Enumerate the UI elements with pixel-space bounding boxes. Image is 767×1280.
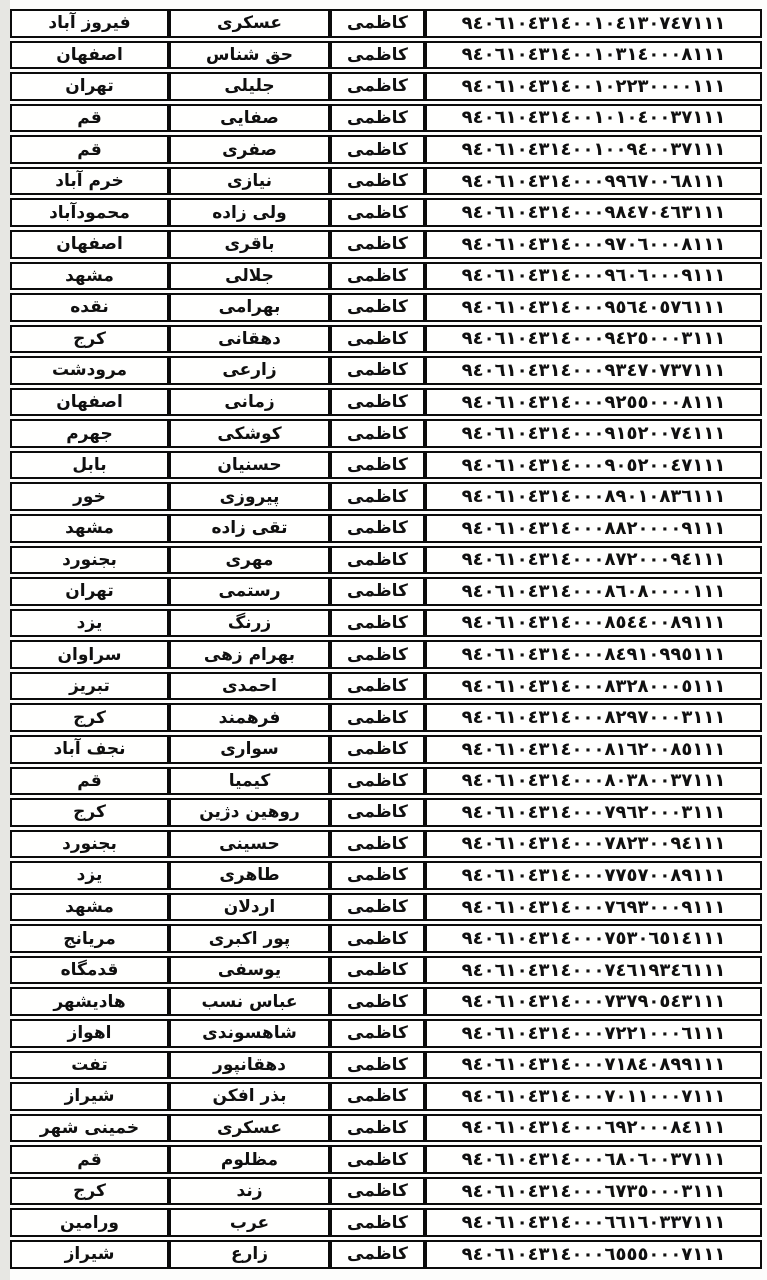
table-row: ٩٤٠٦١٠٤٣١٤٠٠٠٩٦٠٦٠٠٠٩١١١کاظمیجلالیمشهد xyxy=(10,262,762,291)
city-cell: خرم آباد xyxy=(10,167,169,196)
last-name-cell: عرب xyxy=(169,1208,330,1237)
last-name-cell: زارع xyxy=(169,1240,330,1269)
table-row: ٩٤٠٦١٠٤٣١٤٠٠١٠١٠٤٠٠٣٧١١١کاظمیصفاییقم xyxy=(10,104,762,133)
city-cell: قم xyxy=(10,104,169,133)
family-name-cell: کاظمی xyxy=(330,1114,425,1143)
family-name-cell: کاظمی xyxy=(330,1145,425,1174)
number-cell: ٩٤٠٦١٠٤٣١٤٠٠٠٩١٥٢٠٠٧٤١١١ xyxy=(425,419,762,448)
number-cell: ٩٤٠٦١٠٤٣١٤٠٠٠٩٥٦٤٠٥٧٦١١١ xyxy=(425,293,762,322)
city-cell: خور xyxy=(10,482,169,511)
table-row: ٩٤٠٦١٠٤٣١٤٠٠٠٧١٨٤٠٨٩٩١١١کاظمیدهقانپورتفت xyxy=(10,1051,762,1080)
city-cell: بجنورد xyxy=(10,830,169,859)
city-cell: قدمگاه xyxy=(10,956,169,985)
number-cell: ٩٤٠٦١٠٤٣١٤٠٠٠٦٥٥٥٠٠٠٧١١١ xyxy=(425,1240,762,1269)
last-name-cell: جلیلی xyxy=(169,72,330,101)
last-name-cell: سواری xyxy=(169,735,330,764)
last-name-cell: کیمیا xyxy=(169,767,330,796)
last-name-cell: زرنگ xyxy=(169,609,330,638)
family-name-cell: کاظمی xyxy=(330,72,425,101)
last-name-cell: نیازی xyxy=(169,167,330,196)
last-name-cell: دهقانی xyxy=(169,325,330,354)
family-name-cell: کاظمی xyxy=(330,924,425,953)
city-cell: قم xyxy=(10,135,169,164)
number-cell: ٩٤٠٦١٠٤٣١٤٠٠١٠١٠٤٠٠٣٧١١١ xyxy=(425,104,762,133)
city-cell: کرج xyxy=(10,1177,169,1206)
last-name-cell: عباس نسب xyxy=(169,987,330,1016)
last-name-cell: احمدی xyxy=(169,672,330,701)
table-row: ٩٤٠٦١٠٤٣١٤٠٠٠٨٦٠٨٠٠٠٠١١١کاظمیرستمیتهران xyxy=(10,577,762,606)
table-row: ٩٤٠٦١٠٤٣١٤٠٠٠٨١٦٢٠٠٨٥١١١کاظمیسوارینجف آب… xyxy=(10,735,762,764)
family-name-cell: کاظمی xyxy=(330,987,425,1016)
table-row: ٩٤٠٦١٠٤٣١٤٠٠٠٨٠٣٨٠٠٣٧١١١کاظمیکیمیاقم xyxy=(10,767,762,796)
records-table: ٩٤٠٦١٠٤٣١٤٠٠١٠٤١٣٠٧٤٧١١١کاظمیعسکریفیروز … xyxy=(10,6,762,1272)
number-cell: ٩٤٠٦١٠٤٣١٤٠٠٠٧٩٦٢٠٠٠٣١١١ xyxy=(425,798,762,827)
city-cell: اصفهان xyxy=(10,230,169,259)
last-name-cell: پور اکبری xyxy=(169,924,330,953)
last-name-cell: فرهمند xyxy=(169,703,330,732)
number-cell: ٩٤٠٦١٠٤٣١٤٠٠٠٨٥٤٤٠٠٨٩١١١ xyxy=(425,609,762,638)
family-name-cell: کاظمی xyxy=(330,325,425,354)
family-name-cell: کاظمی xyxy=(330,893,425,922)
city-cell: قم xyxy=(10,1145,169,1174)
city-cell: خمینی شهر xyxy=(10,1114,169,1143)
number-cell: ٩٤٠٦١٠٤٣١٤٠٠٠٨٨٢٠٠٠٠٩١١١ xyxy=(425,514,762,543)
family-name-cell: کاظمی xyxy=(330,640,425,669)
family-name-cell: کاظمی xyxy=(330,672,425,701)
last-name-cell: زمانی xyxy=(169,388,330,417)
family-name-cell: کاظمی xyxy=(330,356,425,385)
city-cell: کرج xyxy=(10,325,169,354)
table-row: ٩٤٠٦١٠٤٣١٤٠٠٠٩٧٠٦٠٠٠٨١١١کاظمیباقریاصفهان xyxy=(10,230,762,259)
table-row: ٩٤٠٦١٠٤٣١٤٠٠٠٧٨٢٣٠٠٩٤١١١کاظمیحسینیبجنورد xyxy=(10,830,762,859)
family-name-cell: کاظمی xyxy=(330,135,425,164)
last-name-cell: دهقانپور xyxy=(169,1051,330,1080)
number-cell: ٩٤٠٦١٠٤٣١٤٠٠٠٩٨٤٧٠٤٦٣١١١ xyxy=(425,198,762,227)
number-cell: ٩٤٠٦١٠٤٣١٤٠٠٠٧٦٩٣٠٠٠٩١١١ xyxy=(425,893,762,922)
family-name-cell: کاظمی xyxy=(330,388,425,417)
table-row: ٩٤٠٦١٠٤٣١٤٠٠٠٦٩٢٠٠٠٨٤١١١کاظمیعسکریخمینی … xyxy=(10,1114,762,1143)
table-row: ٩٤٠٦١٠٤٣١٤٠٠٠٦٦١٦٠٣٣٧١١١کاظمیعربورامین xyxy=(10,1208,762,1237)
table-row: ٩٤٠٦١٠٤٣١٤٠٠٠٨٩٠١٠٨٣٦١١١کاظمیپیروزیخور xyxy=(10,482,762,511)
family-name-cell: کاظمی xyxy=(330,230,425,259)
last-name-cell: حسینی xyxy=(169,830,330,859)
number-cell: ٩٤٠٦١٠٤٣١٤٠٠٠٩٠٥٢٠٠٤٧١١١ xyxy=(425,451,762,480)
city-cell: تهران xyxy=(10,577,169,606)
family-name-cell: کاظمی xyxy=(330,1019,425,1048)
number-cell: ٩٤٠٦١٠٤٣١٤٠٠٠٩٤٢٥٠٠٠٣١١١ xyxy=(425,325,762,354)
table-row: ٩٤٠٦١٠٤٣١٤٠٠٠٨٢٩٧٠٠٠٣١١١کاظمیفرهمندکرج xyxy=(10,703,762,732)
table-row: ٩٤٠٦١٠٤٣١٤٠٠٠٩١٥٢٠٠٧٤١١١کاظمیکوشکیجهرم xyxy=(10,419,762,448)
city-cell: مشهد xyxy=(10,514,169,543)
last-name-cell: زند xyxy=(169,1177,330,1206)
last-name-cell: تقی زاده xyxy=(169,514,330,543)
family-name-cell: کاظمی xyxy=(330,514,425,543)
city-cell: هادیشهر xyxy=(10,987,169,1016)
records-table-body: ٩٤٠٦١٠٤٣١٤٠٠١٠٤١٣٠٧٤٧١١١کاظمیعسکریفیروز … xyxy=(10,9,762,1269)
records-table-container: ٩٤٠٦١٠٤٣١٤٠٠١٠٤١٣٠٧٤٧١١١کاظمیعسکریفیروز … xyxy=(10,6,762,1272)
last-name-cell: ولی زاده xyxy=(169,198,330,227)
family-name-cell: کاظمی xyxy=(330,798,425,827)
table-row: ٩٤٠٦١٠٤٣١٤٠٠٠٦٥٥٥٠٠٠٧١١١کاظمیزارعشیراز xyxy=(10,1240,762,1269)
last-name-cell: زارعی xyxy=(169,356,330,385)
family-name-cell: کاظمی xyxy=(330,1177,425,1206)
number-cell: ٩٤٠٦١٠٤٣١٤٠٠٠٦٨٠٦٠٠٣٧١١١ xyxy=(425,1145,762,1174)
last-name-cell: بذر افکن xyxy=(169,1082,330,1111)
city-cell: بجنورد xyxy=(10,546,169,575)
family-name-cell: کاظمی xyxy=(330,1240,425,1269)
last-name-cell: مظلوم xyxy=(169,1145,330,1174)
city-cell: اصفهان xyxy=(10,388,169,417)
city-cell: مرودشت xyxy=(10,356,169,385)
number-cell: ٩٤٠٦١٠٤٣١٤٠٠١٠٠٩٤٠٠٣٧١١١ xyxy=(425,135,762,164)
table-row: ٩٤٠٦١٠٤٣١٤٠٠٠٧٧٥٧٠٠٨٩١١١کاظمیطاهرییزد xyxy=(10,861,762,890)
number-cell: ٩٤٠٦١٠٤٣١٤٠٠٠٦٩٢٠٠٠٨٤١١١ xyxy=(425,1114,762,1143)
table-row: ٩٤٠٦١٠٤٣١٤٠٠٠٩٤٢٥٠٠٠٣١١١کاظمیدهقانیکرج xyxy=(10,325,762,354)
family-name-cell: کاظمی xyxy=(330,1208,425,1237)
table-row: ٩٤٠٦١٠٤٣١٤٠٠١٠٣١٤٠٠٠٨١١١کاظمیحق شناساصفه… xyxy=(10,41,762,70)
number-cell: ٩٤٠٦١٠٤٣١٤٠٠٠٧٢٢١٠٠٠٦١١١ xyxy=(425,1019,762,1048)
last-name-cell: شاهسوندی xyxy=(169,1019,330,1048)
city-cell: شیراز xyxy=(10,1240,169,1269)
number-cell: ٩٤٠٦١٠٤٣١٤٠٠٠٧٥٣٠٦٥١٤١١١ xyxy=(425,924,762,953)
last-name-cell: طاهری xyxy=(169,861,330,890)
last-name-cell: بهرام زهی xyxy=(169,640,330,669)
table-row: ٩٤٠٦١٠٤٣١٤٠٠٠٨٧٢٠٠٠٩٤١١١کاظمیمهریبجنورد xyxy=(10,546,762,575)
table-row: ٩٤٠٦١٠٤٣١٤٠٠٠٦٨٠٦٠٠٣٧١١١کاظمیمظلومقم xyxy=(10,1145,762,1174)
city-cell: مریانج xyxy=(10,924,169,953)
city-cell: تبریز xyxy=(10,672,169,701)
city-cell: محمودآباد xyxy=(10,198,169,227)
last-name-cell: عسکری xyxy=(169,9,330,38)
family-name-cell: کاظمی xyxy=(330,956,425,985)
city-cell: اصفهان xyxy=(10,41,169,70)
last-name-cell: بهرامی xyxy=(169,293,330,322)
number-cell: ٩٤٠٦١٠٤٣١٤٠٠٠٨٣٢٨٠٠٠٥١١١ xyxy=(425,672,762,701)
number-cell: ٩٤٠٦١٠٤٣١٤٠٠٠٦٦١٦٠٣٣٧١١١ xyxy=(425,1208,762,1237)
number-cell: ٩٤٠٦١٠٤٣١٤٠٠٠٩٣٤٧٠٧٣٧١١١ xyxy=(425,356,762,385)
city-cell: شیراز xyxy=(10,1082,169,1111)
table-row: ٩٤٠٦١٠٤٣١٤٠٠٠٧٢٢١٠٠٠٦١١١کاظمیشاهسوندیاهو… xyxy=(10,1019,762,1048)
family-name-cell: کاظمی xyxy=(330,767,425,796)
last-name-cell: رستمی xyxy=(169,577,330,606)
table-row: ٩٤٠٦١٠٤٣١٤٠٠٠٧٩٦٢٠٠٠٣١١١کاظمیروهین دژینک… xyxy=(10,798,762,827)
city-cell: تهران xyxy=(10,72,169,101)
last-name-cell: اردلان xyxy=(169,893,330,922)
table-row: ٩٤٠٦١٠٤٣١٤٠٠١٠٤١٣٠٧٤٧١١١کاظمیعسکریفیروز … xyxy=(10,9,762,38)
family-name-cell: کاظمی xyxy=(330,167,425,196)
city-cell: ورامین xyxy=(10,1208,169,1237)
number-cell: ٩٤٠٦١٠٤٣١٤٠٠٠٧١٨٤٠٨٩٩١١١ xyxy=(425,1051,762,1080)
last-name-cell: حق شناس xyxy=(169,41,330,70)
city-cell: بابل xyxy=(10,451,169,480)
city-cell: نقده xyxy=(10,293,169,322)
number-cell: ٩٤٠٦١٠٤٣١٤٠٠٠٨٢٩٧٠٠٠٣١١١ xyxy=(425,703,762,732)
number-cell: ٩٤٠٦١٠٤٣١٤٠٠٠٩٦٠٦٠٠٠٩١١١ xyxy=(425,262,762,291)
family-name-cell: کاظمی xyxy=(330,451,425,480)
table-row: ٩٤٠٦١٠٤٣١٤٠٠٠٧٦٩٣٠٠٠٩١١١کاظمیاردلانمشهد xyxy=(10,893,762,922)
number-cell: ٩٤٠٦١٠٤٣١٤٠٠٠٨٤٩١٠٩٩٥١١١ xyxy=(425,640,762,669)
table-row: ٩٤٠٦١٠٤٣١٤٠٠٠٧٥٣٠٦٥١٤١١١کاظمیپور اکبریمر… xyxy=(10,924,762,953)
table-row: ٩٤٠٦١٠٤٣١٤٠٠١٠٢٢٣٠٠٠٠١١١کاظمیجلیلیتهران xyxy=(10,72,762,101)
number-cell: ٩٤٠٦١٠٤٣١٤٠٠٠٧٤٦١٩٣٤٦١١١ xyxy=(425,956,762,985)
city-cell: نجف آباد xyxy=(10,735,169,764)
city-cell: سراوان xyxy=(10,640,169,669)
number-cell: ٩٤٠٦١٠٤٣١٤٠٠١٠٣١٤٠٠٠٨١١١ xyxy=(425,41,762,70)
city-cell: جهرم xyxy=(10,419,169,448)
last-name-cell: صفایی xyxy=(169,104,330,133)
family-name-cell: کاظمی xyxy=(330,41,425,70)
last-name-cell: روهین دژین xyxy=(169,798,330,827)
city-cell: اهواز xyxy=(10,1019,169,1048)
family-name-cell: کاظمی xyxy=(330,609,425,638)
last-name-cell: جلالی xyxy=(169,262,330,291)
family-name-cell: کاظمی xyxy=(330,1082,425,1111)
number-cell: ٩٤٠٦١٠٤٣١٤٠٠٠٩٧٠٦٠٠٠٨١١١ xyxy=(425,230,762,259)
family-name-cell: کاظمی xyxy=(330,735,425,764)
last-name-cell: کوشکی xyxy=(169,419,330,448)
city-cell: تفت xyxy=(10,1051,169,1080)
family-name-cell: کاظمی xyxy=(330,1051,425,1080)
table-row: ٩٤٠٦١٠٤٣١٤٠٠٠٩٥٦٤٠٥٧٦١١١کاظمیبهرامینقده xyxy=(10,293,762,322)
number-cell: ٩٤٠٦١٠٤٣١٤٠٠٠٨٩٠١٠٨٣٦١١١ xyxy=(425,482,762,511)
last-name-cell: پیروزی xyxy=(169,482,330,511)
number-cell: ٩٤٠٦١٠٤٣١٤٠٠٠٨٠٣٨٠٠٣٧١١١ xyxy=(425,767,762,796)
table-row: ٩٤٠٦١٠٤٣١٤٠٠٠٨٨٢٠٠٠٠٩١١١کاظمیتقی زادهمشه… xyxy=(10,514,762,543)
city-cell: کرج xyxy=(10,798,169,827)
family-name-cell: کاظمی xyxy=(330,546,425,575)
last-name-cell: یوسفی xyxy=(169,956,330,985)
table-row: ٩٤٠٦١٠٤٣١٤٠٠٠٩٢٥٥٠٠٠٨١١١کاظمیزمانیاصفهان xyxy=(10,388,762,417)
family-name-cell: کاظمی xyxy=(330,577,425,606)
number-cell: ٩٤٠٦١٠٤٣١٤٠٠٠٧٣٧٩٠٥٤٣١١١ xyxy=(425,987,762,1016)
family-name-cell: کاظمی xyxy=(330,482,425,511)
number-cell: ٩٤٠٦١٠٤٣١٤٠٠٠٧٧٥٧٠٠٨٩١١١ xyxy=(425,861,762,890)
city-cell: یزد xyxy=(10,861,169,890)
number-cell: ٩٤٠٦١٠٤٣١٤٠٠١٠٤١٣٠٧٤٧١١١ xyxy=(425,9,762,38)
table-row: ٩٤٠٦١٠٤٣١٤٠٠١٠٠٩٤٠٠٣٧١١١کاظمیصفریقم xyxy=(10,135,762,164)
table-row: ٩٤٠٦١٠٤٣١٤٠٠٠٧٠١١٠٠٠٧١١١کاظمیبذر افکنشیر… xyxy=(10,1082,762,1111)
table-row: ٩٤٠٦١٠٤٣١٤٠٠٠٩٠٥٢٠٠٤٧١١١کاظمیحسنیانبابل xyxy=(10,451,762,480)
number-cell: ٩٤٠٦١٠٤٣١٤٠٠٠٨١٦٢٠٠٨٥١١١ xyxy=(425,735,762,764)
number-cell: ٩٤٠٦١٠٤٣١٤٠٠٠٩٢٥٥٠٠٠٨١١١ xyxy=(425,388,762,417)
family-name-cell: کاظمی xyxy=(330,419,425,448)
city-cell: مشهد xyxy=(10,893,169,922)
number-cell: ٩٤٠٦١٠٤٣١٤٠٠٠٩٩٦٧٠٠٦٨١١١ xyxy=(425,167,762,196)
family-name-cell: کاظمی xyxy=(330,262,425,291)
table-row: ٩٤٠٦١٠٤٣١٤٠٠٠٩٨٤٧٠٤٦٣١١١کاظمیولی زادهمحم… xyxy=(10,198,762,227)
city-cell: یزد xyxy=(10,609,169,638)
last-name-cell: صفری xyxy=(169,135,330,164)
last-name-cell: باقری xyxy=(169,230,330,259)
city-cell: فیروز آباد xyxy=(10,9,169,38)
number-cell: ٩٤٠٦١٠٤٣١٤٠٠٠٧٠١١٠٠٠٧١١١ xyxy=(425,1082,762,1111)
number-cell: ٩٤٠٦١٠٤٣١٤٠٠١٠٢٢٣٠٠٠٠١١١ xyxy=(425,72,762,101)
number-cell: ٩٤٠٦١٠٤٣١٤٠٠٠٨٧٢٠٠٠٩٤١١١ xyxy=(425,546,762,575)
family-name-cell: کاظمی xyxy=(330,198,425,227)
city-cell: قم xyxy=(10,767,169,796)
family-name-cell: کاظمی xyxy=(330,104,425,133)
table-row: ٩٤٠٦١٠٤٣١٤٠٠٠٨٤٩١٠٩٩٥١١١کاظمیبهرام زهیسر… xyxy=(10,640,762,669)
table-row: ٩٤٠٦١٠٤٣١٤٠٠٠٩٩٦٧٠٠٦٨١١١کاظمینیازیخرم آب… xyxy=(10,167,762,196)
table-row: ٩٤٠٦١٠٤٣١٤٠٠٠٩٣٤٧٠٧٣٧١١١کاظمیزارعیمرودشت xyxy=(10,356,762,385)
city-cell: مشهد xyxy=(10,262,169,291)
table-row: ٩٤٠٦١٠٤٣١٤٠٠٠٨٥٤٤٠٠٨٩١١١کاظمیزرنگیزد xyxy=(10,609,762,638)
last-name-cell: عسکری xyxy=(169,1114,330,1143)
table-row: ٩٤٠٦١٠٤٣١٤٠٠٠٧٣٧٩٠٥٤٣١١١کاظمیعباس نسبهاد… xyxy=(10,987,762,1016)
last-name-cell: حسنیان xyxy=(169,451,330,480)
family-name-cell: کاظمی xyxy=(330,861,425,890)
table-row: ٩٤٠٦١٠٤٣١٤٠٠٠٨٣٢٨٠٠٠٥١١١کاظمیاحمدیتبریز xyxy=(10,672,762,701)
city-cell: کرج xyxy=(10,703,169,732)
family-name-cell: کاظمی xyxy=(330,293,425,322)
last-name-cell: مهری xyxy=(169,546,330,575)
number-cell: ٩٤٠٦١٠٤٣١٤٠٠٠٦٧٣٥٠٠٠٣١١١ xyxy=(425,1177,762,1206)
family-name-cell: کاظمی xyxy=(330,830,425,859)
table-row: ٩٤٠٦١٠٤٣١٤٠٠٠٦٧٣٥٠٠٠٣١١١کاظمیزندکرج xyxy=(10,1177,762,1206)
number-cell: ٩٤٠٦١٠٤٣١٤٠٠٠٨٦٠٨٠٠٠٠١١١ xyxy=(425,577,762,606)
number-cell: ٩٤٠٦١٠٤٣١٤٠٠٠٧٨٢٣٠٠٩٤١١١ xyxy=(425,830,762,859)
family-name-cell: کاظمی xyxy=(330,9,425,38)
page-left-margin-strip xyxy=(0,0,10,1280)
family-name-cell: کاظمی xyxy=(330,703,425,732)
table-row: ٩٤٠٦١٠٤٣١٤٠٠٠٧٤٦١٩٣٤٦١١١کاظمییوسفیقدمگاه xyxy=(10,956,762,985)
